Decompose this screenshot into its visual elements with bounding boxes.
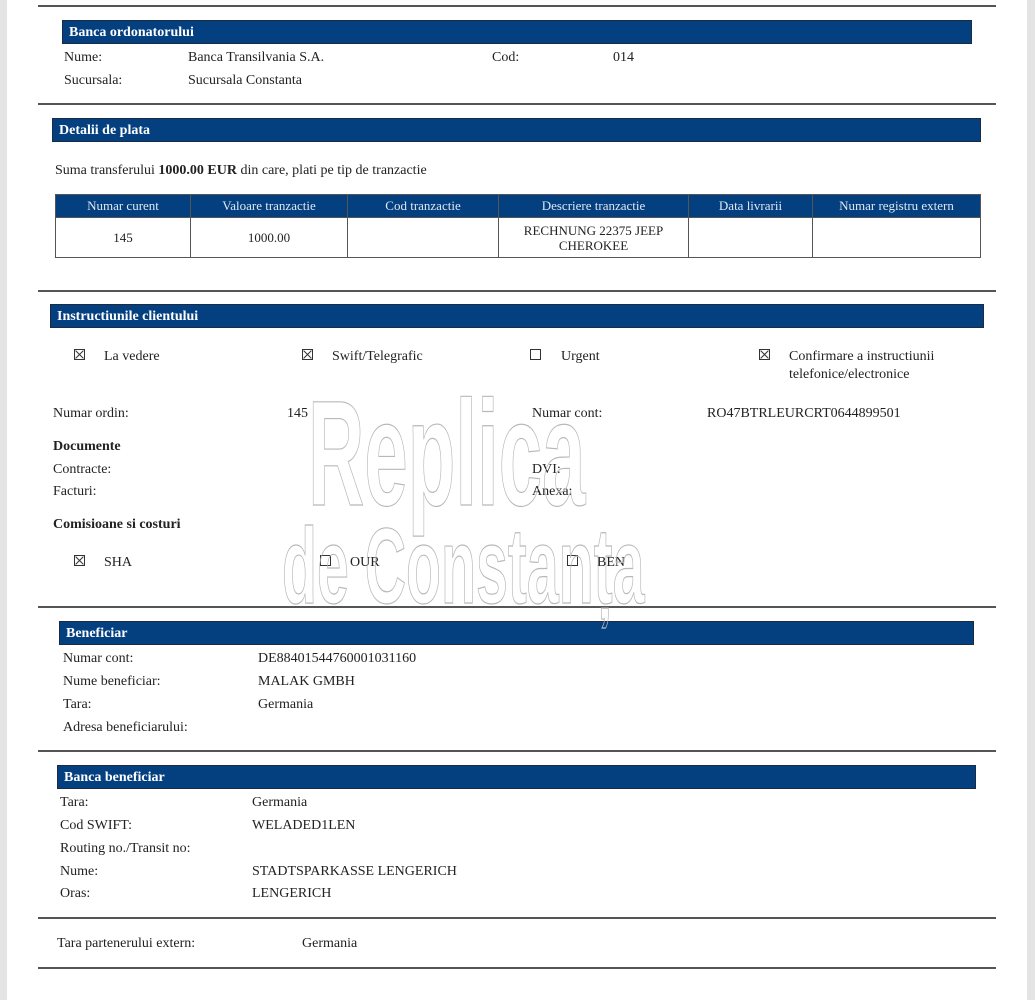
divider <box>38 917 996 919</box>
summary-prefix: Suma transferului <box>55 163 158 178</box>
cell-data-livrarii <box>689 218 813 258</box>
checkbox-sha[interactable] <box>74 555 85 566</box>
documents-heading: Documente <box>53 438 121 455</box>
order-number-value: 145 <box>287 405 308 422</box>
section-header-payment-details: Detalii de plata <box>52 118 981 142</box>
contracts-label: Contracte: <box>53 461 111 478</box>
divider <box>38 5 996 7</box>
order-number-label: Numar ordin: <box>53 405 129 422</box>
ordering-bank-branch-value: Sucursala Constanta <box>188 72 302 89</box>
summary-suffix: din care, plati pe tip de tranzactie <box>237 163 427 178</box>
section-header-beneficiary: Beneficiar <box>59 621 974 645</box>
ordering-bank-name-label: Nume: <box>64 49 102 66</box>
beneficiary-country-value: Germania <box>258 696 313 713</box>
beneficiary-name-label: Nume beneficiar: <box>63 673 161 690</box>
account-number-label: Numar cont: <box>532 405 602 422</box>
partner-country-label: Tara partenerului extern: <box>57 935 195 952</box>
cell-registru <box>813 218 981 258</box>
bank-name-label: Nume: <box>60 863 98 880</box>
routing-label: Routing no./Transit no: <box>60 840 191 857</box>
ordering-bank-name-value: Banca Transilvania S.A. <box>188 49 324 66</box>
beneficiary-address-label: Adresa beneficiarului: <box>63 719 188 736</box>
beneficiary-account-value: DE88401544760001031160 <box>258 650 416 667</box>
column-header: Data livrarii <box>689 195 813 218</box>
cell-cod <box>348 218 499 258</box>
dvi-label: DVI: <box>532 461 561 478</box>
option-label: Urgent <box>561 348 600 365</box>
description-text: RECHNUNG 22375 JEEP CHEROKEE <box>514 223 674 253</box>
ordering-bank-code-value: 014 <box>613 49 634 66</box>
fee-option-label: OUR <box>350 554 380 571</box>
beneficiary-name-value: MALAK GMBH <box>258 673 355 690</box>
option-label: La vedere <box>104 348 160 365</box>
divider <box>38 750 996 752</box>
checkbox-ben[interactable] <box>567 555 578 566</box>
fee-option-label: SHA <box>104 554 132 571</box>
transactions-table: Numar curent Valoare tranzactie Cod tran… <box>55 194 981 258</box>
transfer-summary: Suma transferului 1000.00 EUR din care, … <box>55 162 427 179</box>
beneficiary-country-label: Tara: <box>63 696 92 713</box>
column-header: Numar curent <box>56 195 191 218</box>
invoices-label: Facturi: <box>53 483 97 500</box>
watermark-line2: de Constanța <box>282 512 645 620</box>
page-edge-right <box>1027 0 1035 1000</box>
partner-country-value: Germania <box>302 935 357 952</box>
account-number-value: RO47BTRLEURCRT0644899501 <box>707 405 901 422</box>
bank-country-label: Tara: <box>60 794 89 811</box>
bank-city-value: LENGERICH <box>252 885 331 902</box>
column-header: Descriere tranzactie <box>499 195 689 218</box>
beneficiary-account-label: Numar cont: <box>63 650 133 667</box>
checkbox-urgent[interactable] <box>530 349 541 360</box>
swift-label: Cod SWIFT: <box>60 817 132 834</box>
section-header-beneficiary-bank: Banca beneficiar <box>57 765 976 789</box>
section-header-ordering-bank: Banca ordonatorului <box>62 20 972 44</box>
cell-numar-curent: 145 <box>56 218 191 258</box>
checkbox-confirmare[interactable] <box>759 349 770 360</box>
column-header: Numar registru extern <box>813 195 981 218</box>
checkbox-la-vedere[interactable] <box>74 349 85 360</box>
ordering-bank-branch-label: Sucursala: <box>64 72 122 89</box>
fees-heading: Comisioane si costuri <box>53 516 181 533</box>
option-label: Swift/Telegrafic <box>332 348 423 365</box>
section-header-client-instructions: Instructiunile clientului <box>50 304 984 328</box>
checkbox-our[interactable] <box>320 555 331 566</box>
divider <box>38 606 996 608</box>
transfer-amount: 1000.00 EUR <box>158 163 237 178</box>
page-edge-left <box>0 0 7 1000</box>
bank-country-value: Germania <box>252 794 307 811</box>
cell-valoare: 1000.00 <box>191 218 348 258</box>
watermark-line1: Replica <box>308 378 585 528</box>
option-label: Confirmare a instructiunii telefonice/el… <box>789 348 964 384</box>
column-header: Valoare tranzactie <box>191 195 348 218</box>
table-row: 145 1000.00 RECHNUNG 22375 JEEP CHEROKEE <box>56 218 981 258</box>
bank-name-value: STADTSPARKASSE LENGERICH <box>252 863 457 880</box>
fee-option-label: BEN <box>597 554 625 571</box>
bank-city-label: Oras: <box>60 885 90 902</box>
annex-label: Anexa: <box>532 483 572 500</box>
divider <box>38 103 996 105</box>
ordering-bank-code-label: Cod: <box>492 49 519 66</box>
checkbox-swift-telegrafic[interactable] <box>302 349 313 360</box>
swift-value: WELADED1LEN <box>252 817 355 834</box>
divider <box>38 290 996 292</box>
column-header: Cod tranzactie <box>348 195 499 218</box>
table-header-row: Numar curent Valoare tranzactie Cod tran… <box>56 195 981 218</box>
divider <box>38 967 996 969</box>
cell-descriere: RECHNUNG 22375 JEEP CHEROKEE <box>499 218 689 258</box>
